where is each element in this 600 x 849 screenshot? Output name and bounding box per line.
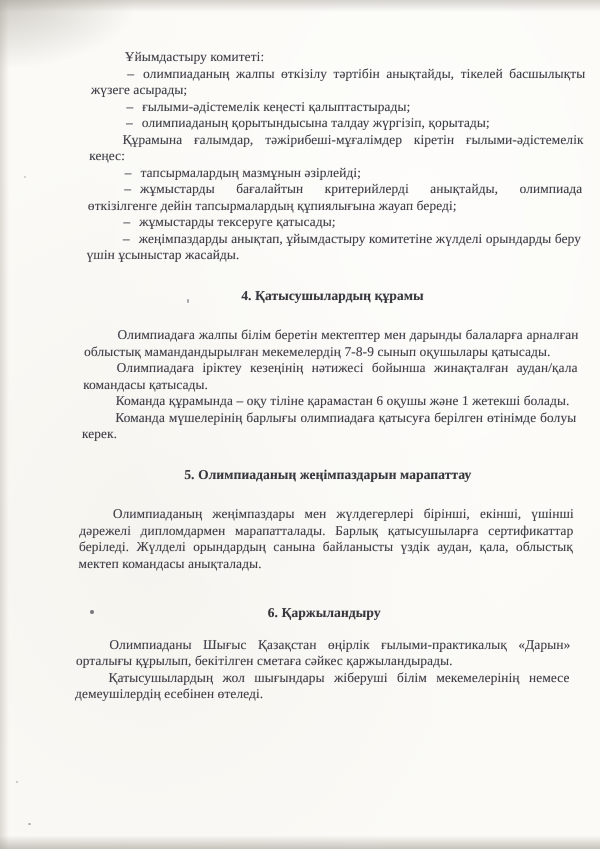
- list-item-text: тапсырмалардың мазмұнын әзірлейді;: [140, 165, 361, 180]
- paragraph: Қатысушылардың жол шығындары жіберуші бі…: [75, 670, 570, 703]
- section-heading-6: 6. Қаржыландыру: [77, 605, 571, 622]
- section-heading-4: 4. Қатысушылардың құрамы: [85, 288, 579, 305]
- list-item: –жұмыстарды тексеруге қатысады;: [87, 214, 581, 231]
- list-item: –олимпиаданың жалпы өткізілу тәртібін ан…: [91, 66, 586, 99]
- paragraph: Олимпиаданың жеңімпаздары мен жүлдегерле…: [78, 506, 574, 572]
- bullet-dash: –: [126, 115, 142, 130]
- list-item-text: олимпиаданың жалпы өткізілу тәртібін аны…: [91, 66, 586, 98]
- bullet-dash: –: [123, 214, 139, 229]
- scan-edge-left: [0, 0, 9, 849]
- paragraph: Олимпиаданы Шығыс Қазақстан өңірлік ғылы…: [76, 637, 571, 670]
- list-item-text: жұмыстарды бағалайтын критерийлерді анық…: [88, 181, 583, 213]
- document-text-block: Ұйымдастыру комитеті: –олимпиаданың жалп…: [75, 49, 586, 703]
- section-heading-5: 5. Олимпиаданың жеңімпаздарын марапаттау: [81, 467, 575, 484]
- bullet-dash: –: [123, 231, 139, 246]
- paragraph: Олимпиадаға жалпы білім беретін мектепте…: [84, 327, 579, 360]
- bullet-dash: –: [125, 165, 141, 180]
- list-item-text: жұмыстарды тексеруге қатысады;: [139, 214, 336, 229]
- list-item-text: ғылыми-әдістемелік кеңесті қалыптастырад…: [142, 99, 411, 114]
- list-item: –жұмыстарды бағалайтын критерийлерді аны…: [88, 181, 583, 214]
- scan-speck: [28, 823, 31, 825]
- list-item: –олимпиаданың қорытындысына талдау жүргі…: [90, 115, 584, 132]
- bullet-dash: –: [124, 181, 140, 196]
- bullet-dash: –: [126, 99, 142, 114]
- list-item: –жеңімпаздарды анықтап, ұйымдастыру коми…: [86, 231, 581, 264]
- paragraph: Команда мүшелерінің барлығы олимпиадаға …: [82, 410, 577, 443]
- list-item-text: жеңімпаздарды анықтап, ұйымдастыру комит…: [86, 231, 581, 263]
- scan-speck: [187, 299, 189, 303]
- scan-speck: [24, 176, 26, 178]
- scanned-page: { "colors": { "paper": "#fbfaf6", "ink":…: [0, 0, 600, 849]
- list-item: –ғылыми-әдістемелік кеңесті қалыптастыра…: [90, 99, 584, 116]
- council-lead: Құрамына ғалымдар, тәжірибеші-мұғалімдер…: [89, 132, 584, 165]
- committee-lead: Ұйымдастыру комитеті:: [92, 49, 586, 66]
- bullet-dash: –: [127, 66, 143, 81]
- list-item: –тапсырмалардың мазмұнын әзірлейді;: [89, 165, 583, 182]
- paragraph: Олимпиадаға іріктеу кезеңінің нәтижесі б…: [83, 360, 578, 393]
- scan-speck: [90, 610, 94, 614]
- list-item-text: олимпиаданың қорытындысына талдау жүргіз…: [142, 115, 490, 130]
- paragraph: Команда құрамында – оқу тіліне қарамаста…: [83, 393, 577, 410]
- scan-edge-bottom: [0, 833, 600, 849]
- scan-speck: [16, 781, 18, 783]
